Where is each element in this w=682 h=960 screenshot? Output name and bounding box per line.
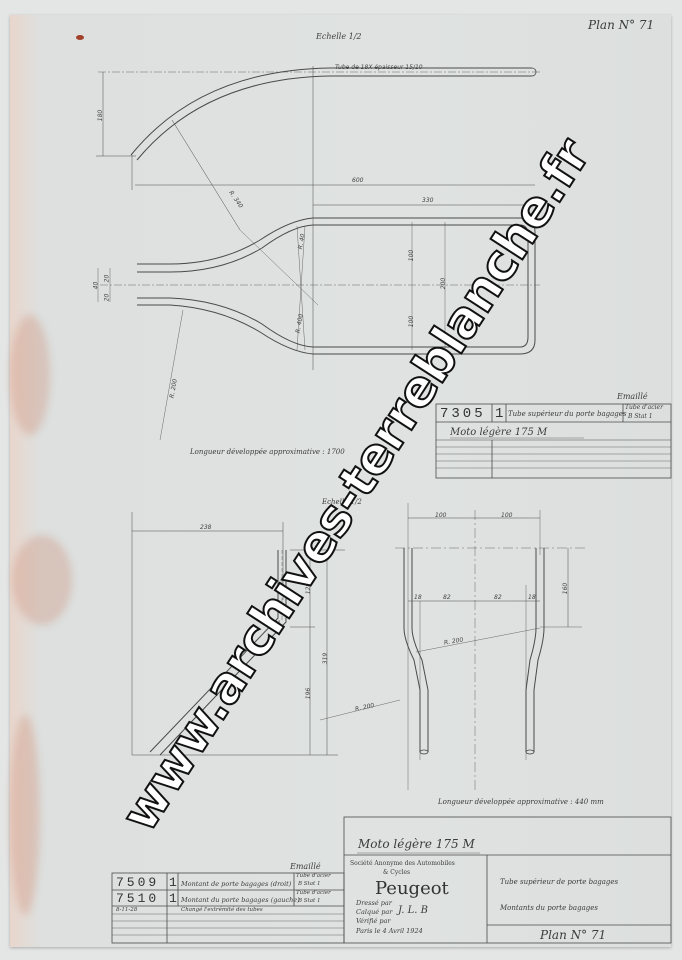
part-material: Tube d'acier xyxy=(296,873,331,879)
part-qty: 1 xyxy=(169,875,180,890)
title-model: Moto légère 175 M xyxy=(358,837,475,851)
title-part-2: Montants du porte bagages xyxy=(500,904,598,912)
revision-note: Changé l'extrémité des tubes xyxy=(181,907,263,913)
dim-front-d: 18 xyxy=(528,594,536,601)
dim-offset-b: 20 xyxy=(103,294,110,302)
dim-inner-a: 100 xyxy=(408,250,415,261)
dim-side-lower: 196 xyxy=(305,688,312,699)
part-material-grade: B Stat 1 xyxy=(298,898,321,904)
part-description: Montant de porte bagages (droit) xyxy=(181,880,291,888)
model-label-top: Moto légère 175 M xyxy=(450,427,547,438)
dim-side-total: 319 xyxy=(322,653,329,664)
part-qty: 1 xyxy=(495,406,506,422)
plan-number-header: Plan N° 71 xyxy=(588,18,654,32)
finish-label-bottom: Emaillé xyxy=(290,862,321,871)
title-part-1: Tube supérieur de porte bagages xyxy=(500,878,618,886)
scale-label: Echelle 1/2 xyxy=(316,32,361,41)
place-date: Paris le 4 Avril 1924 xyxy=(356,927,423,935)
dim-height: 180 xyxy=(97,110,104,121)
dim-side-width: 238 xyxy=(200,524,211,531)
part-material: Tube d'acier xyxy=(625,404,663,411)
dim-front-b: 82 xyxy=(443,594,451,601)
drawn-by-label: Dressé par xyxy=(356,899,392,907)
tube-spec-label: Tube de 18X épaisseur 15/10 xyxy=(335,64,423,71)
dim-offset-a: 20 xyxy=(103,275,110,283)
part-description: Tube supérieur du porte bagages xyxy=(508,410,627,418)
dim-length-straight: 330 xyxy=(422,197,433,204)
dim-front-left: 100 xyxy=(435,512,446,519)
finish-label-top: Emaillé xyxy=(617,392,648,401)
revision-date: 8-11-28 xyxy=(116,907,137,913)
company-name: Peugeot xyxy=(375,878,449,899)
part-material: Tube d'acier xyxy=(296,890,331,896)
dim-outer: 200 xyxy=(440,278,447,289)
checked-by-label: Vérifié par xyxy=(356,917,391,925)
part-number: 7305 xyxy=(440,406,486,422)
title-plan-number: Plan N° 71 xyxy=(540,928,606,942)
dim-front-a: 18 xyxy=(414,594,422,601)
part-number: 7510 xyxy=(116,891,159,906)
part-number: 7509 xyxy=(116,875,159,890)
traced-by-label: Calqué par xyxy=(356,908,392,916)
company-line1: Société Anonyme des Automobiles xyxy=(350,860,455,867)
part-material-grade: B Stat 1 xyxy=(298,881,321,887)
part-material-grade: B Stat 1 xyxy=(628,413,653,420)
company-line2: & Cycles xyxy=(383,869,410,876)
dim-front-right: 100 xyxy=(501,512,512,519)
dim-front-c: 82 xyxy=(494,594,502,601)
developed-length-front: Longueur développée approximative : 440 … xyxy=(438,798,604,806)
dim-gap: 40 xyxy=(92,282,99,290)
developed-length-top: Longueur développée approximative : 1700 xyxy=(190,448,345,456)
dim-inner-b: 100 xyxy=(408,316,415,327)
initials: J. L. B xyxy=(398,905,428,916)
part-description: Montant du porte bagages (gauche) xyxy=(181,896,300,904)
part-qty: 1 xyxy=(169,891,180,906)
dim-front-height: 160 xyxy=(562,583,569,594)
dim-length-total: 600 xyxy=(352,177,363,184)
